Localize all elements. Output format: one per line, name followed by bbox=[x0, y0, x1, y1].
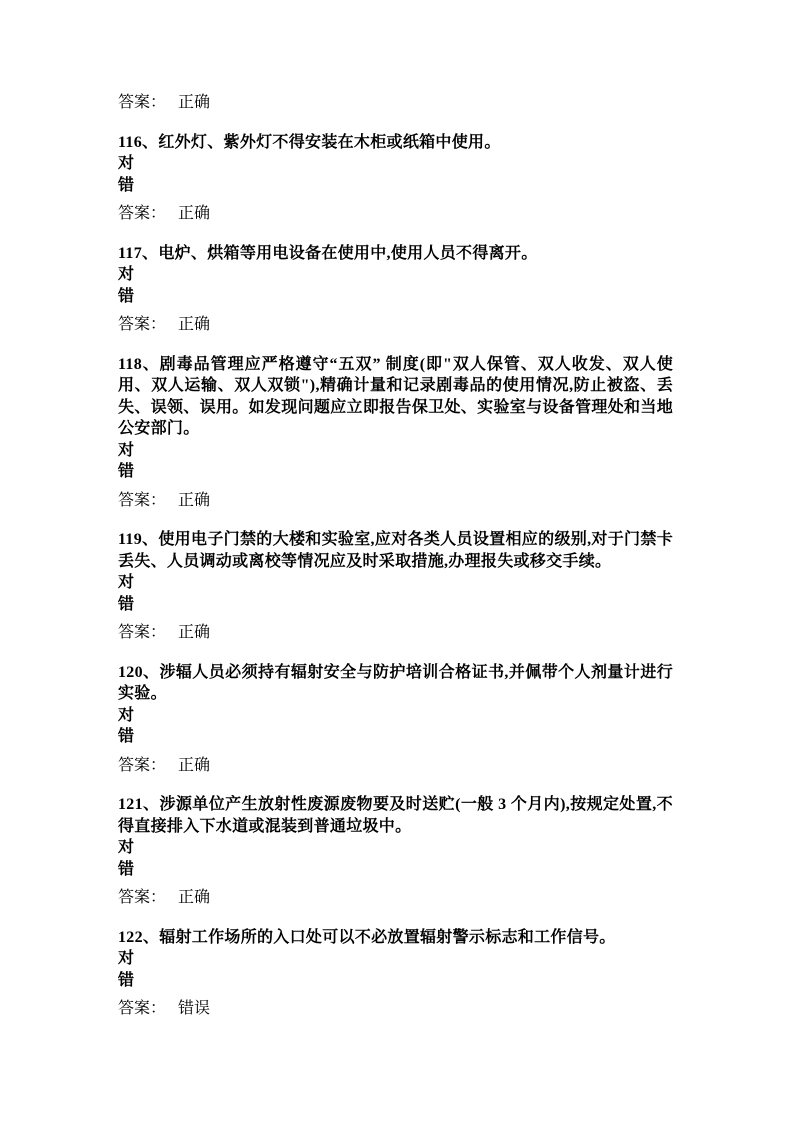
answer-label: 答案： bbox=[118, 205, 166, 222]
option-true: 对 bbox=[118, 705, 673, 727]
answer-line: 答案：正确 bbox=[118, 887, 673, 909]
question-block: 118、剧毒品管理应严格遵守“五双” 制度(即"双人保管、双人收发、双人使用、双… bbox=[118, 354, 673, 512]
question-text: 122、辐射工作场所的入口处可以不必放置辐射警示标志和工作信号。 bbox=[118, 927, 673, 949]
question-text: 120、涉辐人员必须持有辐射安全与防护培训合格证书,并佩带个人剂量计进行实验。 bbox=[118, 662, 673, 705]
answer-label: 答案： bbox=[118, 1000, 166, 1017]
document-page: 答案：正确 116、红外灯、紫外灯不得安装在木柜或纸箱中使用。 对 错 答案：正… bbox=[0, 0, 793, 1122]
option-true: 对 bbox=[118, 572, 673, 594]
answer-line: 答案：正确 bbox=[118, 490, 673, 512]
answer-line: 答案：正确 bbox=[118, 755, 673, 777]
answer-label: 答案： bbox=[118, 94, 166, 111]
answer-label: 答案： bbox=[118, 624, 166, 641]
option-false: 错 bbox=[118, 286, 673, 308]
answer-label: 答案： bbox=[118, 492, 166, 509]
answer-value: 正确 bbox=[178, 889, 210, 906]
answer-value: 正确 bbox=[178, 205, 210, 222]
question-block: 120、涉辐人员必须持有辐射安全与防护培训合格证书,并佩带个人剂量计进行实验。 … bbox=[118, 662, 673, 777]
answer-line: 答案：正确 bbox=[118, 314, 673, 336]
question-block: 119、使用电子门禁的大楼和实验室,应对各类人员设置相应的级别,对于门禁卡丢失、… bbox=[118, 529, 673, 644]
option-true: 对 bbox=[118, 837, 673, 859]
option-false: 错 bbox=[118, 461, 673, 483]
question-text: 117、电炉、烘箱等用电设备在使用中,使用人员不得离开。 bbox=[118, 243, 673, 265]
question-text: 119、使用电子门禁的大楼和实验室,应对各类人员设置相应的级别,对于门禁卡丢失、… bbox=[118, 529, 673, 572]
option-false: 错 bbox=[118, 970, 673, 992]
option-true: 对 bbox=[118, 264, 673, 286]
option-true: 对 bbox=[118, 948, 673, 970]
option-false: 错 bbox=[118, 175, 673, 197]
answer-value: 正确 bbox=[178, 316, 210, 333]
question-text: 118、剧毒品管理应严格遵守“五双” 制度(即"双人保管、双人收发、双人使用、双… bbox=[118, 354, 673, 440]
answer-line: 答案：正确 bbox=[118, 203, 673, 225]
answer-line: 答案：正确 bbox=[118, 622, 673, 644]
option-false: 错 bbox=[118, 594, 673, 616]
answer-value: 正确 bbox=[178, 94, 210, 111]
question-text: 121、涉源单位产生放射性废源废物要及时送贮(一般 3 个月内),按规定处置,不… bbox=[118, 794, 673, 837]
question-block: 117、电炉、烘箱等用电设备在使用中,使用人员不得离开。 对 错 答案：正确 bbox=[118, 243, 673, 336]
option-false: 错 bbox=[118, 726, 673, 748]
question-list: 116、红外灯、紫外灯不得安装在木柜或纸箱中使用。 对 错 答案：正确 117、… bbox=[118, 132, 673, 1020]
answer-value: 正确 bbox=[178, 757, 210, 774]
question-block: 121、涉源单位产生放射性废源废物要及时送贮(一般 3 个月内),按规定处置,不… bbox=[118, 794, 673, 909]
option-true: 对 bbox=[118, 153, 673, 175]
answer-line: 答案：错误 bbox=[118, 998, 673, 1020]
answer-value: 正确 bbox=[178, 624, 210, 641]
answer-label: 答案： bbox=[118, 316, 166, 333]
answer-value: 正确 bbox=[178, 492, 210, 509]
document-content: 答案：正确 116、红外灯、紫外灯不得安装在木柜或纸箱中使用。 对 错 答案：正… bbox=[118, 92, 673, 1020]
answer-value: 错误 bbox=[178, 1000, 210, 1017]
answer-label: 答案： bbox=[118, 757, 166, 774]
option-false: 错 bbox=[118, 859, 673, 881]
option-true: 对 bbox=[118, 440, 673, 462]
question-block: 116、红外灯、紫外灯不得安装在木柜或纸箱中使用。 对 错 答案：正确 bbox=[118, 132, 673, 225]
answer-label: 答案： bbox=[118, 889, 166, 906]
question-block: 122、辐射工作场所的入口处可以不必放置辐射警示标志和工作信号。 对 错 答案：… bbox=[118, 927, 673, 1020]
question-text: 116、红外灯、紫外灯不得安装在木柜或纸箱中使用。 bbox=[118, 132, 673, 154]
previous-answer-line: 答案：正确 bbox=[118, 92, 673, 114]
